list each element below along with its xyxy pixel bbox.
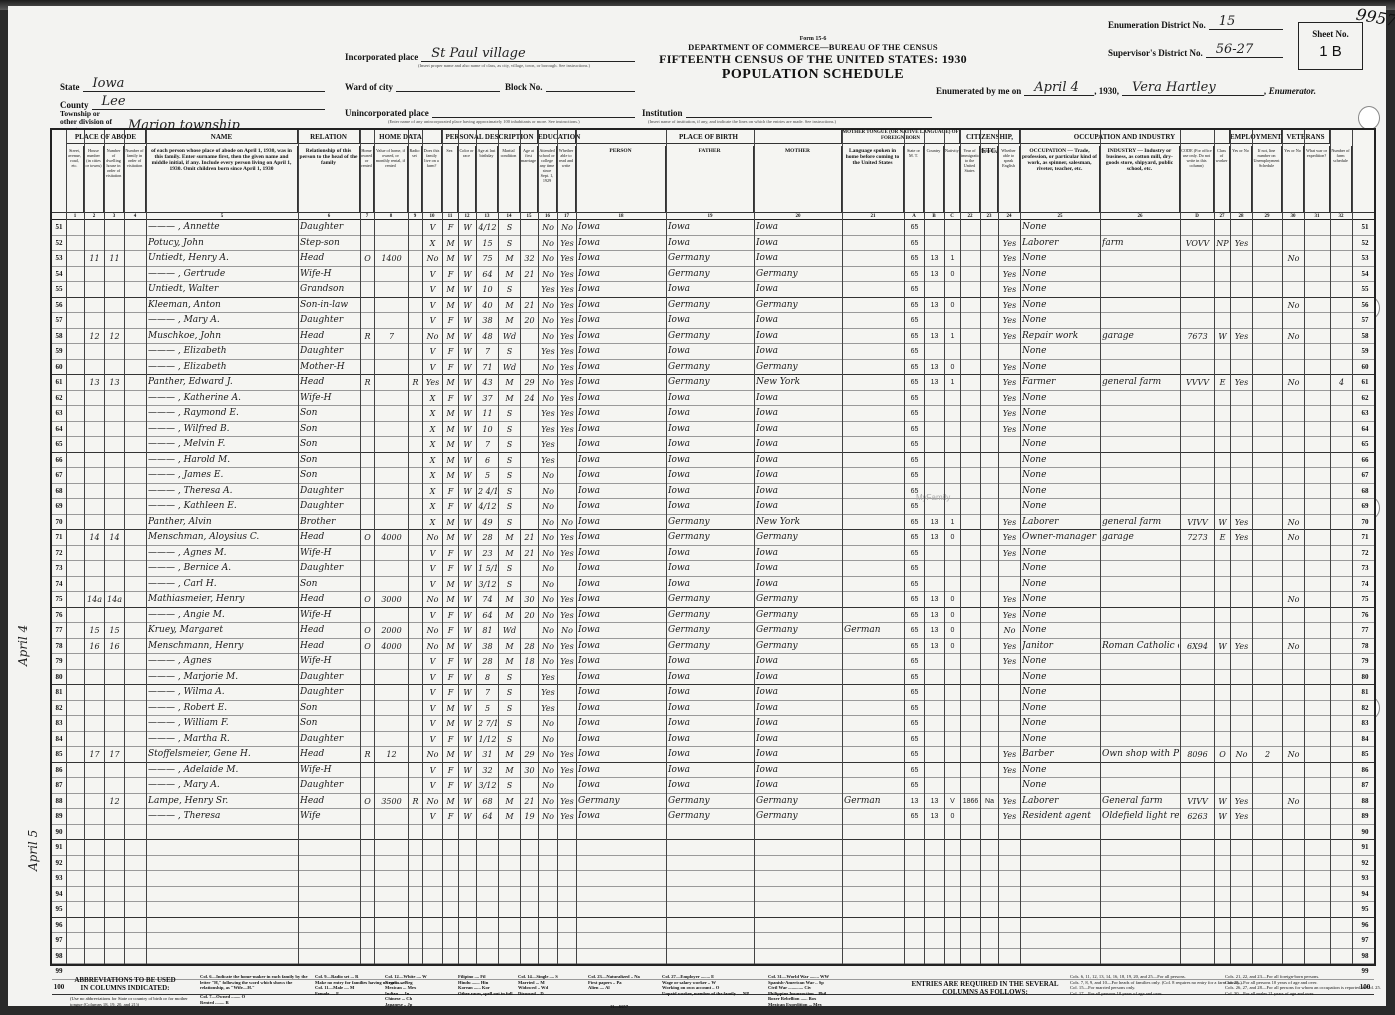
line-number: 52 — [1352, 236, 1378, 251]
cell-bp: Iowa — [578, 251, 665, 266]
column-divider — [1214, 130, 1215, 964]
cell-bp: Iowa — [578, 484, 665, 499]
cell-bp: Iowa — [578, 453, 665, 468]
cell-mar: M — [500, 546, 519, 561]
cell-age: 3/12 — [478, 778, 497, 793]
cell-unemp — [1254, 329, 1281, 344]
cell-unemp — [1254, 654, 1281, 669]
cell-mar: S — [500, 670, 519, 685]
cell-fbp: Iowa — [668, 422, 753, 437]
cell-rel: Head — [300, 639, 359, 654]
cell-bp: Iowa — [578, 608, 665, 623]
cell-fam: 17 — [106, 747, 123, 762]
cell-age: 31 — [478, 747, 497, 762]
cell-code: VIVV — [1182, 515, 1213, 530]
cell-eng — [1000, 701, 1019, 716]
county-field: County Lee — [60, 94, 325, 110]
cell-name: ——— , Theresa A. — [148, 484, 297, 499]
cell-farm: V — [424, 701, 441, 716]
cell-imm — [962, 344, 979, 359]
cell-fam — [106, 484, 123, 499]
column-header: Age at first marriage — [520, 146, 538, 212]
cell-farmno — [1332, 546, 1351, 561]
cell-b: 13 — [926, 375, 943, 390]
cell-radio — [410, 220, 421, 235]
cell-imm — [962, 654, 979, 669]
cell-war — [1306, 685, 1329, 700]
cell-age: 4/12 — [478, 499, 497, 514]
cell-unemp — [1254, 809, 1281, 824]
cell-agem — [522, 623, 537, 638]
line-number: 76 — [52, 608, 66, 623]
cell-fbp: Germany — [668, 530, 753, 545]
cell-val — [376, 670, 407, 685]
column-divider — [84, 130, 85, 964]
cell-nat — [982, 561, 997, 576]
cell-sex: F — [444, 484, 457, 499]
cell-fbp: Iowa — [668, 732, 753, 747]
cell-read — [559, 670, 575, 685]
line-number: 74 — [1352, 577, 1378, 592]
cell-fam — [106, 468, 123, 483]
cell-eng: Yes — [1000, 360, 1019, 375]
cell-radio — [410, 577, 421, 592]
cell-imm — [962, 391, 979, 406]
cell-a: 65 — [906, 344, 923, 359]
cell-fbp: Iowa — [668, 716, 753, 731]
cell-age: 23 — [478, 546, 497, 561]
cell-cls — [1216, 484, 1229, 499]
table-row: 78781616Menschmann, HenryHeadO4000NoMW38… — [52, 639, 1374, 655]
line-number: 70 — [52, 515, 66, 530]
cell-rel: Grandson — [300, 282, 359, 297]
cell-c: 0 — [946, 608, 959, 623]
cell-val: 3000 — [376, 592, 407, 607]
cell-mar: S — [500, 484, 519, 499]
cell-work — [1232, 546, 1251, 561]
cell-code — [1182, 453, 1213, 468]
cell-war — [1306, 344, 1329, 359]
cell-sch: No — [540, 236, 556, 251]
cell-val — [376, 515, 407, 530]
cell-name: ——— , Carl H. — [148, 577, 297, 592]
table-row: 5757——— , Mary A.DaughterVFW38M20NoYesIo… — [52, 313, 1374, 329]
cell-cls: W — [1216, 329, 1229, 344]
state-label: State — [60, 82, 80, 92]
cell-agem — [522, 220, 537, 235]
line-number: 71 — [52, 530, 66, 545]
cell-read: Yes — [559, 360, 575, 375]
cell-bp: Iowa — [578, 809, 665, 824]
cell-fbp: Germany — [668, 298, 753, 313]
cell-b — [926, 236, 943, 251]
cell-vet — [1284, 670, 1303, 685]
cell-age: 49 — [478, 515, 497, 530]
line-number: 72 — [1352, 546, 1378, 561]
column-group-header: RELATION — [298, 130, 360, 144]
cell-bp: Iowa — [578, 360, 665, 375]
line-number: 66 — [1352, 453, 1378, 468]
cell-farmno — [1332, 809, 1351, 824]
line-number: 63 — [1352, 406, 1378, 421]
cell-dw — [86, 499, 103, 514]
line-number: 89 — [1352, 809, 1378, 824]
cell-lang — [844, 313, 903, 328]
cell-b — [926, 577, 943, 592]
line-number: 52 — [52, 236, 66, 251]
cell-imm — [962, 499, 979, 514]
cell-farmno — [1332, 468, 1351, 483]
cell-read: Yes — [559, 298, 575, 313]
cell-sex: M — [444, 592, 457, 607]
cell-a: 65 — [906, 360, 923, 375]
cell-farmno: 4 — [1332, 375, 1351, 390]
cell-read: Yes — [559, 530, 575, 545]
cell-eng — [1000, 437, 1019, 452]
cell-eng — [1000, 344, 1019, 359]
cell-race: W — [460, 670, 475, 685]
cell-work: Yes — [1232, 236, 1251, 251]
cell-bp: Iowa — [578, 716, 665, 731]
cell-val — [376, 577, 407, 592]
cell-nat — [982, 685, 997, 700]
cell-fam — [106, 701, 123, 716]
cell-eng — [1000, 732, 1019, 747]
cell-name: Kruey, Margaret — [148, 623, 297, 638]
cell-code — [1182, 313, 1213, 328]
cell-own — [362, 499, 373, 514]
cell-occ: Owner-manager — [1022, 530, 1099, 545]
cell-val — [376, 282, 407, 297]
column-group-header: HOME DATA — [360, 130, 442, 144]
cell-mar: S — [500, 282, 519, 297]
enumerator-name: Vera Hartley — [1132, 80, 1216, 95]
cell-nat — [982, 809, 997, 824]
cell-sex: M — [444, 639, 457, 654]
cell-race: W — [460, 794, 475, 809]
cell-fbp: Iowa — [668, 220, 753, 235]
line-number: 88 — [52, 794, 66, 809]
cell-farm: No — [424, 747, 441, 762]
cell-farmno — [1332, 329, 1351, 344]
cell-read: No — [559, 623, 575, 638]
cell-b — [926, 406, 943, 421]
form-footer: ABBREVIATIONS TO BE USED IN COLUMNS INDI… — [50, 968, 1376, 1012]
cell-a: 65 — [906, 313, 923, 328]
cell-imm — [962, 732, 979, 747]
cell-lang — [844, 685, 903, 700]
cell-lang — [844, 732, 903, 747]
cell-work — [1232, 623, 1251, 638]
cell-dw — [86, 484, 103, 499]
cell-a: 65 — [906, 654, 923, 669]
cell-bp: Iowa — [578, 685, 665, 700]
cell-c: 0 — [946, 360, 959, 375]
cell-farmno — [1332, 484, 1351, 499]
cell-val — [376, 763, 407, 778]
cell-race: W — [460, 329, 475, 344]
cell-fam: 12 — [106, 794, 123, 809]
cell-lang — [844, 437, 903, 452]
cell-lang — [844, 375, 903, 390]
cell-name: ——— , Gertrude — [148, 267, 297, 282]
cell-sch: No — [540, 747, 556, 762]
cell-dw — [86, 794, 103, 809]
cell-agem: 30 — [522, 763, 537, 778]
cell-dw — [86, 685, 103, 700]
line-number: 67 — [1352, 468, 1378, 483]
line-number: 54 — [1352, 267, 1378, 282]
cell-nat — [982, 329, 997, 344]
cell-own — [362, 701, 373, 716]
cell-cls — [1216, 654, 1229, 669]
cell-age: 74 — [478, 592, 497, 607]
column-header: PERSON — [576, 146, 666, 212]
cell-war — [1306, 747, 1329, 762]
cell-sex: F — [444, 670, 457, 685]
cell-imm — [962, 251, 979, 266]
cell-farm: V — [424, 267, 441, 282]
cell-occ: None — [1022, 344, 1099, 359]
cell-lang — [844, 530, 903, 545]
table-row: 5454——— , GertrudeWife-HVFW64M21NoYesIow… — [52, 267, 1374, 283]
cell-ind — [1102, 577, 1179, 592]
cell-lang — [844, 453, 903, 468]
cell-fam — [106, 344, 123, 359]
cell-fbp: Iowa — [668, 499, 753, 514]
cell-val — [376, 437, 407, 452]
cell-race: W — [460, 778, 475, 793]
cell-radio — [410, 530, 421, 545]
department-title: DEPARTMENT OF COMMERCE—BUREAU OF THE CEN… — [648, 42, 978, 52]
cell-unemp — [1254, 468, 1281, 483]
cell-mbp: Germany — [756, 623, 841, 638]
cell-b — [926, 546, 943, 561]
cell-ind — [1102, 282, 1179, 297]
cell-farm: X — [424, 437, 441, 452]
cell-farmno — [1332, 422, 1351, 437]
cell-a: 65 — [906, 422, 923, 437]
cell-occ: None — [1022, 468, 1099, 483]
column-header: MOTHER — [754, 146, 842, 212]
cell-fbp: Iowa — [668, 437, 753, 452]
cell-fbp: Iowa — [668, 670, 753, 685]
table-row: 8484——— , Martha R.DaughterVFW1/12SNoIow… — [52, 732, 1374, 748]
cell-b — [926, 732, 943, 747]
cell-a: 65 — [906, 639, 923, 654]
column-header: Color or race — [458, 146, 476, 212]
cell-cls — [1216, 453, 1229, 468]
cell-age: 28 — [478, 530, 497, 545]
cell-name: ——— , Raymond E. — [148, 406, 297, 421]
cell-fbp: Iowa — [668, 282, 753, 297]
cell-occ: None — [1022, 282, 1099, 297]
cell-mar: S — [500, 406, 519, 421]
cell-sch: No — [540, 329, 556, 344]
column-header: Number of farm schedule — [1330, 146, 1352, 212]
line-number: 57 — [1352, 313, 1378, 328]
cell-c: 0 — [946, 530, 959, 545]
cell-war — [1306, 592, 1329, 607]
cell-occ: None — [1022, 732, 1099, 747]
cell-farm: V — [424, 809, 441, 824]
cell-dw — [86, 561, 103, 576]
cell-sch: Yes — [540, 453, 556, 468]
supervisor-district-field: Supervisor's District No. 56-27 — [1108, 42, 1283, 58]
column-divider — [360, 130, 361, 964]
cell-own — [362, 220, 373, 235]
incorporated-place-field: Incorporated place St Paul village — [345, 46, 635, 62]
cell-radio — [410, 282, 421, 297]
cell-lang — [844, 267, 903, 282]
cell-cls — [1216, 298, 1229, 313]
cell-name: ——— , Mary A. — [148, 778, 297, 793]
cell-mbp: Iowa — [756, 236, 841, 251]
cell-fam — [106, 282, 123, 297]
cell-code — [1182, 763, 1213, 778]
cell-occ: Laborer — [1022, 794, 1099, 809]
cell-occ: None — [1022, 267, 1099, 282]
cell-work — [1232, 608, 1251, 623]
punch-hole — [1358, 106, 1380, 130]
cell-name: ——— , Marjorie M. — [148, 670, 297, 685]
cell-name: ——— , Harold M. — [148, 453, 297, 468]
cell-val: 12 — [376, 747, 407, 762]
table-row: 71711414Menschman, Aloysius C.HeadO4000N… — [52, 530, 1374, 546]
cell-mbp: Iowa — [756, 422, 841, 437]
cell-code: 7273 — [1182, 530, 1213, 545]
cell-nat — [982, 716, 997, 731]
cell-sex: M — [444, 329, 457, 344]
column-divider — [66, 130, 67, 964]
cell-val — [376, 220, 407, 235]
column-divider — [408, 130, 409, 964]
line-number: 78 — [1352, 639, 1378, 654]
cell-name: Menschmann, Henry — [148, 639, 297, 654]
cell-a: 65 — [906, 530, 923, 545]
cell-farmno — [1332, 794, 1351, 809]
line-number: 68 — [52, 484, 66, 499]
column-header: Whether able to speak English — [998, 146, 1020, 212]
cell-vet — [1284, 577, 1303, 592]
cell-radio — [410, 267, 421, 282]
cell-imm — [962, 220, 979, 235]
cell-eng: Yes — [1000, 639, 1019, 654]
cell-occ: None — [1022, 298, 1099, 313]
cell-code — [1182, 220, 1213, 235]
cell-eng: Yes — [1000, 654, 1019, 669]
column-divider — [998, 130, 999, 964]
cell-mbp: Iowa — [756, 251, 841, 266]
cell-sch: No — [540, 267, 556, 282]
cell-read: Yes — [559, 282, 575, 297]
cell-mbp: Iowa — [756, 484, 841, 499]
cell-a: 65 — [906, 747, 923, 762]
line-number: 56 — [52, 298, 66, 313]
cell-name: Panther, Edward J. — [148, 375, 297, 390]
cell-imm — [962, 546, 979, 561]
cell-b — [926, 220, 943, 235]
cell-cls — [1216, 267, 1229, 282]
cell-mar: M — [500, 375, 519, 390]
cell-val — [376, 422, 407, 437]
cell-own — [362, 778, 373, 793]
cell-bp: Iowa — [578, 468, 665, 483]
ward-label: Ward of city — [345, 82, 393, 92]
table-row: 77771515Kruey, MargaretHeadO2000NoFW81Wd… — [52, 623, 1374, 639]
cell-unemp — [1254, 422, 1281, 437]
cell-fbp: Germany — [668, 794, 753, 809]
table-row: 6363——— , Raymond E.SonXMW11SYesYesIowaI… — [52, 406, 1374, 422]
column-group-header: MOTHER TONGUE (OR NATIVE LANGUAGE) OF FO… — [842, 130, 960, 144]
table-row-empty: 9494 — [52, 887, 1374, 903]
cell-race: W — [460, 577, 475, 592]
cell-mbp: Germany — [756, 794, 841, 809]
cell-fam — [106, 732, 123, 747]
cell-farmno — [1332, 732, 1351, 747]
cell-lang: German — [844, 623, 903, 638]
cell-war — [1306, 530, 1329, 545]
cell-age: 7 — [478, 344, 497, 359]
cell-a: 65 — [906, 577, 923, 592]
cell-occ: Laborer — [1022, 236, 1099, 251]
cell-sch: No — [540, 794, 556, 809]
cell-age: 68 — [478, 794, 497, 809]
cell-work — [1232, 592, 1251, 607]
cell-rel: Step-son — [300, 236, 359, 251]
cell-mbp: Iowa — [756, 561, 841, 576]
cell-unemp — [1254, 484, 1281, 499]
cell-farm: No — [424, 329, 441, 344]
cell-nat — [982, 639, 997, 654]
cell-b — [926, 778, 943, 793]
cell-radio — [410, 329, 421, 344]
cell-dw — [86, 577, 103, 592]
cell-name: Lampe, Henry Sr. — [148, 794, 297, 809]
column-header: Radio set — [408, 146, 422, 212]
cell-farm: X — [424, 391, 441, 406]
cell-vet: No — [1284, 515, 1303, 530]
column-divider — [538, 130, 539, 964]
column-header: Sex — [442, 146, 458, 212]
cell-war — [1306, 360, 1329, 375]
cell-farmno — [1332, 220, 1351, 235]
cell-sch: No — [540, 778, 556, 793]
cell-race: W — [460, 267, 475, 282]
column-number-row: 123456789101112131415161718192021ABC2223… — [52, 212, 1374, 220]
cell-sch: No — [540, 763, 556, 778]
line-number: 64 — [52, 422, 66, 437]
cell-sex: F — [444, 763, 457, 778]
cell-lang — [844, 592, 903, 607]
cell-agem — [522, 732, 537, 747]
column-header: Yes or No — [1282, 146, 1304, 212]
line-number: 82 — [52, 701, 66, 716]
column-group-header: VETERANS — [1282, 130, 1330, 144]
cell-race: W — [460, 747, 475, 762]
cell-lang — [844, 577, 903, 592]
cell-age: 3/12 — [478, 577, 497, 592]
cell-farmno — [1332, 406, 1351, 421]
column-header: State or M. T. — [904, 146, 924, 212]
cell-agem — [522, 236, 537, 251]
cell-code: 7673 — [1182, 329, 1213, 344]
cell-sch: Yes — [540, 685, 556, 700]
cell-occ: None — [1022, 391, 1099, 406]
cell-code — [1182, 298, 1213, 313]
cell-read: Yes — [559, 809, 575, 824]
cell-race: W — [460, 515, 475, 530]
